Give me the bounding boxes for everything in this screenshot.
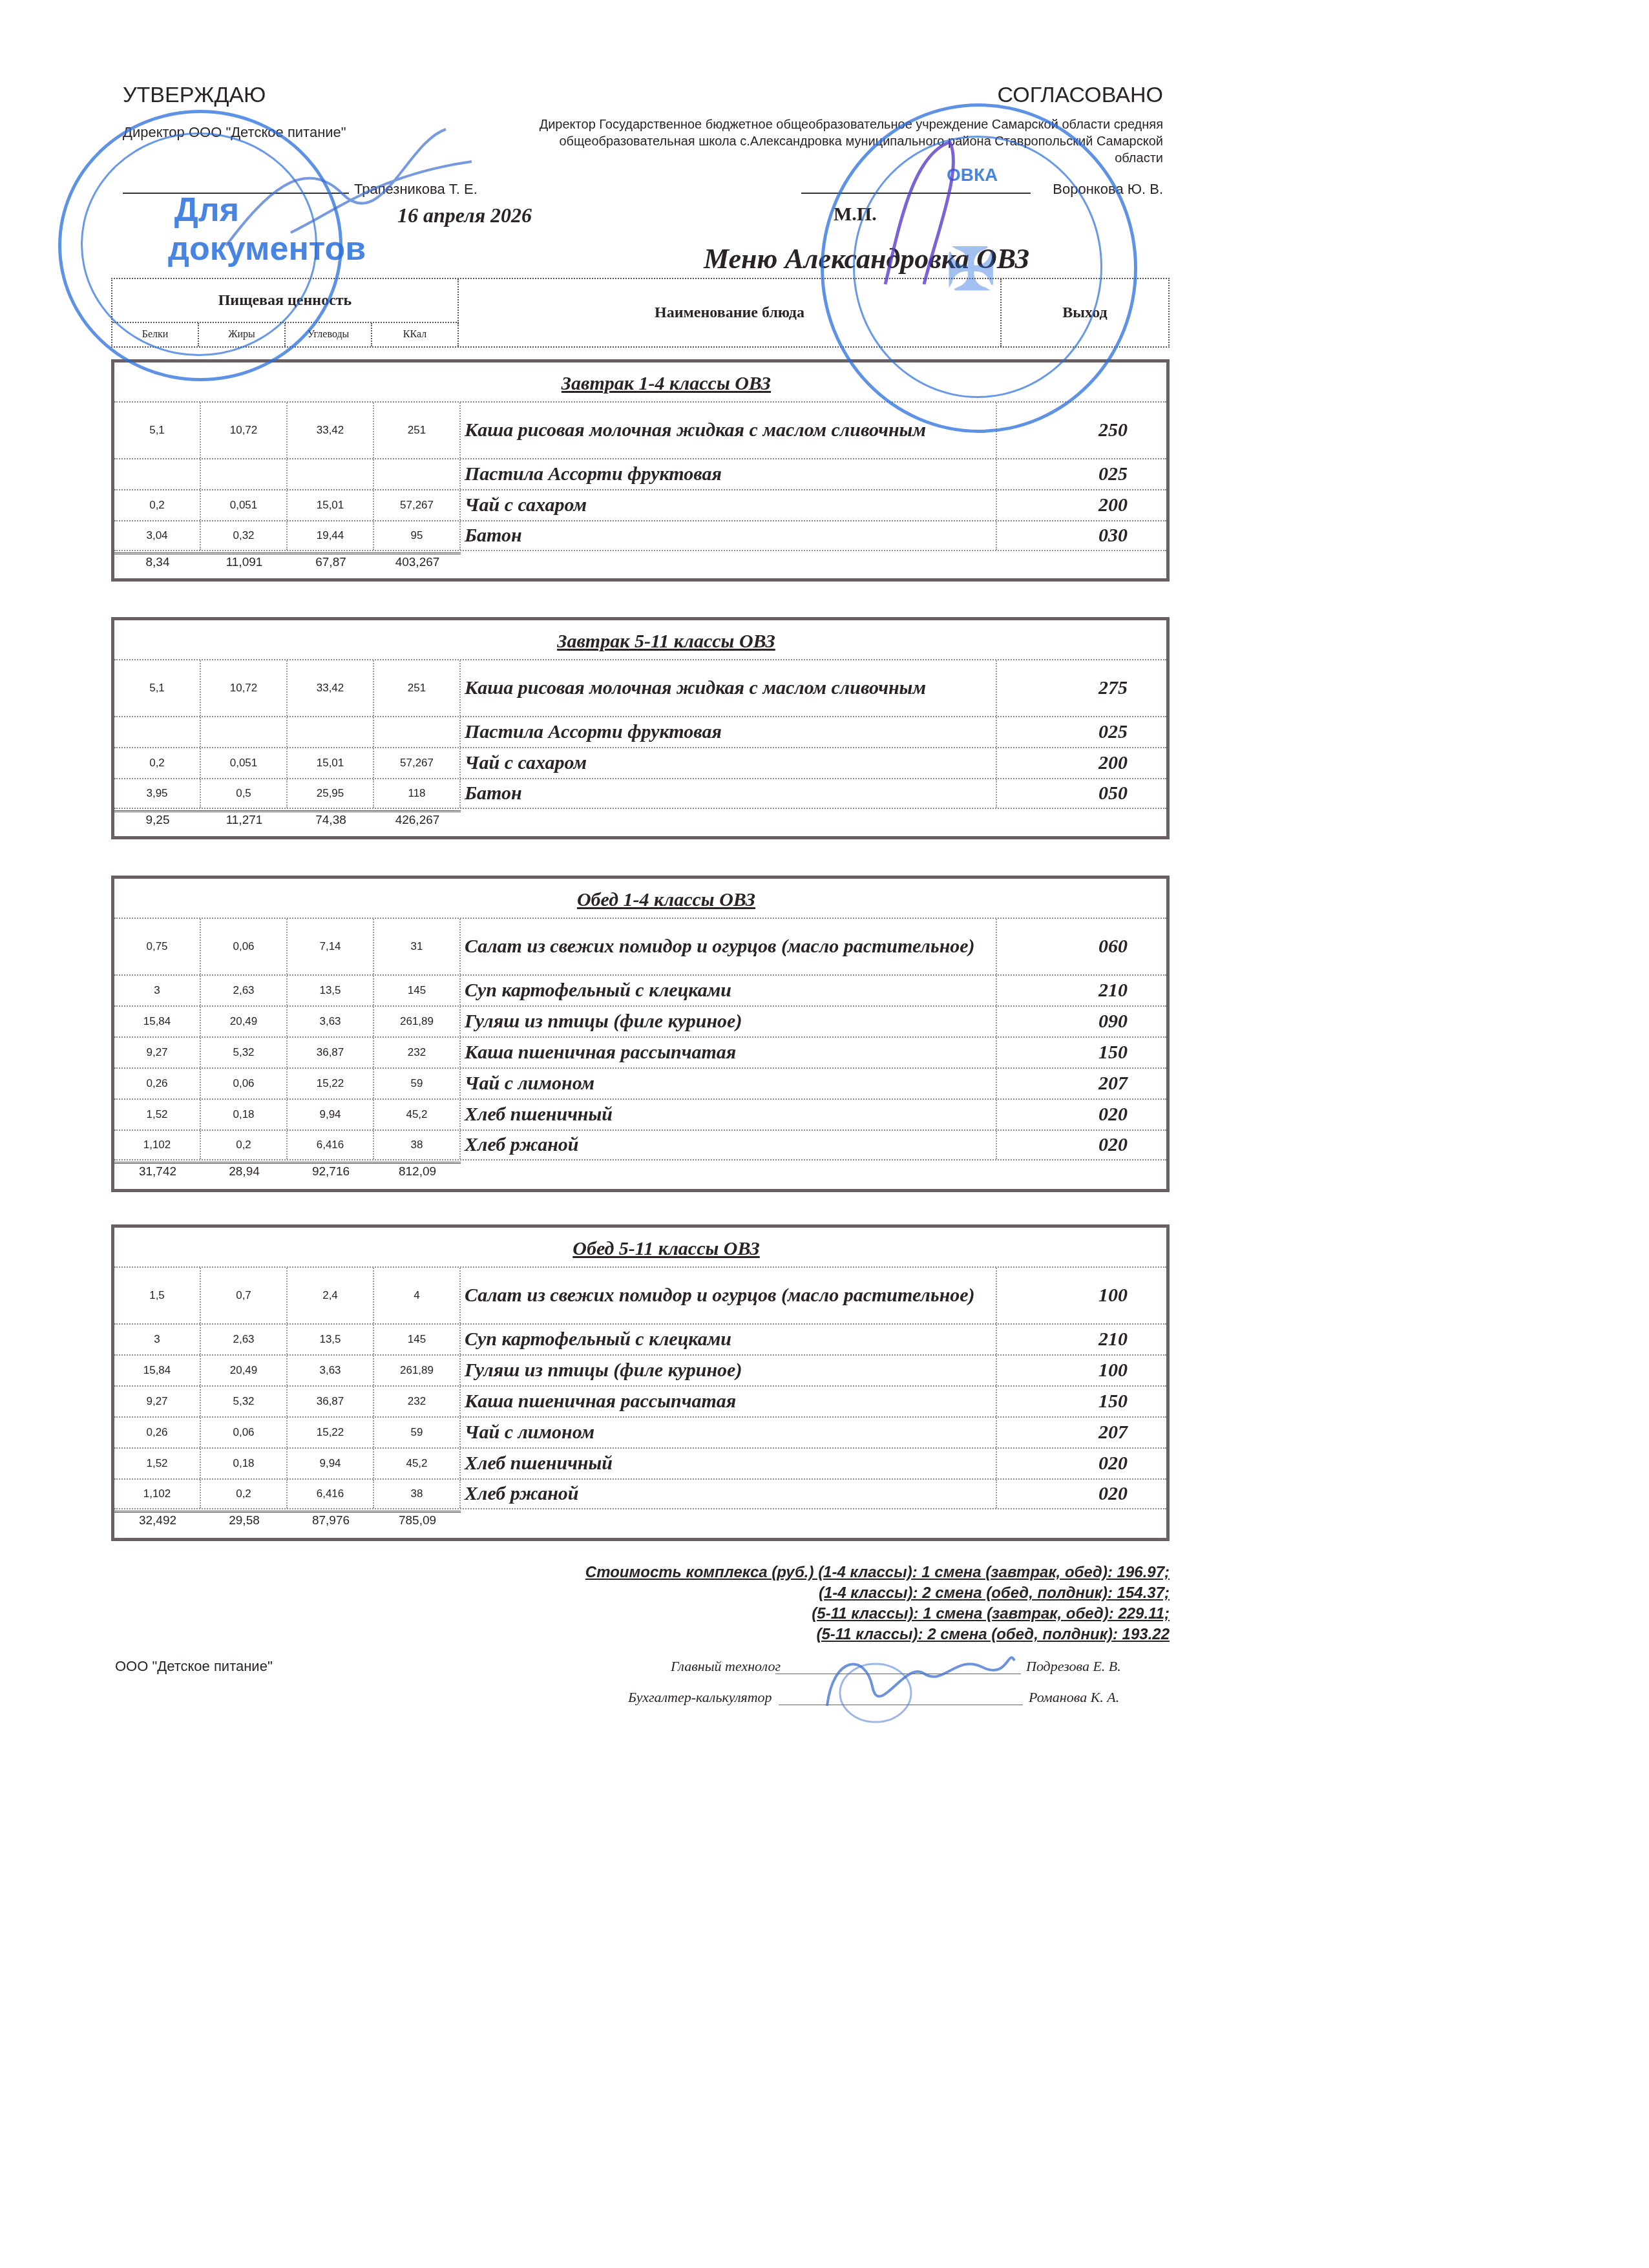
agree-position: Директор Государственное бюджетное общео…	[517, 116, 1163, 167]
accountant-role: Бухгалтер-калькулятор	[628, 1689, 772, 1706]
protein-cell: 1,5	[114, 1268, 201, 1323]
dish-name-cell: Салат из свежих помидор и огурцов (масло…	[461, 1268, 997, 1323]
fat-cell: 20,49	[201, 1356, 288, 1385]
technologist-name: Подрезова Е. В.	[1026, 1658, 1121, 1675]
kcal-cell	[374, 717, 461, 747]
table-row: 1,1020,26,41638Хлеб ржаной020	[114, 1129, 1166, 1160]
kcal-cell: 145	[374, 976, 461, 1005]
protein-cell: 1,52	[114, 1449, 201, 1478]
totals-row: 8,3411,09167,87403,267	[114, 552, 461, 570]
dish-name-cell: Салат из свежих помидор и огурцов (масло…	[461, 919, 997, 974]
yield-cell: 150	[997, 1387, 1166, 1416]
protein-cell: 1,52	[114, 1100, 201, 1129]
kcal-cell: 38	[374, 1480, 461, 1508]
total-protein: 8,34	[114, 554, 201, 570]
agree-heading: СОГЛАСОВАНО	[998, 83, 1163, 108]
protein-cell: 5,1	[114, 660, 201, 716]
dish-name-cell: Пастила Ассорти фруктовая	[461, 459, 997, 489]
carbs-cell: 9,94	[288, 1100, 374, 1129]
table-row: 0,20,05115,0157,267Чай с сахаром200	[114, 747, 1166, 778]
dish-name-header: Наименование блюда	[459, 279, 1002, 346]
fat-cell: 20,49	[201, 1007, 288, 1036]
dish-name-cell: Гуляш из птицы (филе куриное)	[461, 1007, 997, 1036]
carbs-cell: 2,4	[288, 1268, 374, 1323]
table-row: 1,1020,26,41638Хлеб ржаной020	[114, 1478, 1166, 1509]
dish-name-cell: Каша рисовая молочная жидкая с маслом сл…	[461, 660, 997, 716]
fat-cell: 5,32	[201, 1387, 288, 1416]
table-row: 15,8420,493,63261,89Гуляш из птицы (филе…	[114, 1005, 1166, 1036]
carbs-cell: 15,01	[288, 748, 374, 778]
total-carbs: 74,38	[288, 812, 374, 828]
table-row: Пастила Ассорти фруктовая025	[114, 458, 1166, 489]
yield-cell: 150	[997, 1038, 1166, 1067]
page-title: Меню Александровка ОВЗ	[0, 242, 1649, 275]
kcal-cell: 57,267	[374, 490, 461, 520]
fat-cell	[201, 717, 288, 747]
table-row: 9,275,3236,87232Каша пшеничная рассыпчат…	[114, 1385, 1166, 1416]
total-fat: 11,271	[201, 812, 288, 828]
approve-heading: УТВЕРЖДАЮ	[123, 83, 266, 108]
protein-cell: 9,27	[114, 1038, 201, 1067]
dish-name-cell: Хлеб пшеничный	[461, 1449, 997, 1478]
total-protein: 32,492	[114, 1513, 201, 1528]
carbs-cell: 7,14	[288, 919, 374, 974]
dish-name-cell: Чай с сахаром	[461, 748, 997, 778]
protein-cell: 0,2	[114, 748, 201, 778]
protein-cell: 1,102	[114, 1131, 201, 1159]
approve-signature-line	[123, 193, 349, 194]
fat-cell: 2,63	[201, 1325, 288, 1354]
dish-name-cell: Хлеб ржаной	[461, 1480, 997, 1508]
yield-cell: 210	[997, 1325, 1166, 1354]
menu-section: Обед 5-11 классы ОВЗ1,50,72,44Салат из с…	[111, 1224, 1170, 1541]
fat-cell: 0,2	[201, 1480, 288, 1508]
section-title: Обед 5-11 классы ОВЗ	[114, 1238, 1166, 1260]
protein-cell: 3,95	[114, 779, 201, 808]
agree-name: Воронкова Ю. В.	[1053, 181, 1163, 198]
carbs-cell: 33,42	[288, 660, 374, 716]
dish-name-cell: Хлеб пшеничный	[461, 1100, 997, 1129]
table-row: 32,6313,5145Суп картофельный с клецками2…	[114, 1323, 1166, 1354]
section-title: Обед 1-4 классы ОВЗ	[114, 889, 1166, 911]
protein-cell: 0,75	[114, 919, 201, 974]
protein-cell: 0,26	[114, 1418, 201, 1447]
total-carbs: 87,976	[288, 1513, 374, 1528]
fat-cell: 10,72	[201, 403, 288, 458]
dish-name-cell: Батон	[461, 521, 997, 550]
nutrition-header: Пищевая ценность	[112, 279, 459, 323]
carbs-header: Углеводы	[286, 323, 372, 346]
kcal-cell: 57,267	[374, 748, 461, 778]
technologist-signature-icon	[814, 1641, 1021, 1725]
total-kcal: 426,267	[374, 812, 461, 828]
kcal-cell: 145	[374, 1325, 461, 1354]
cost-summary: Стоимость комплекса (руб.) (1-4 классы):…	[585, 1562, 1170, 1645]
cost-line: (5-11 классы): 2 смена (обед, полдник): …	[585, 1624, 1170, 1645]
table-row: 15,8420,493,63261,89Гуляш из птицы (филе…	[114, 1354, 1166, 1385]
carbs-cell: 9,94	[288, 1449, 374, 1478]
protein-cell: 0,26	[114, 1069, 201, 1098]
yield-cell: 275	[997, 660, 1166, 716]
table-row: 0,260,0615,2259Чай с лимоном207	[114, 1416, 1166, 1447]
carbs-cell	[288, 459, 374, 489]
technologist-signature-line	[775, 1674, 1021, 1674]
kcal-cell: 232	[374, 1387, 461, 1416]
yield-cell: 020	[997, 1131, 1166, 1159]
kcal-cell: 59	[374, 1069, 461, 1098]
protein-cell	[114, 459, 201, 489]
table-row: 5,110,7233,42251Каша рисовая молочная жи…	[114, 401, 1166, 458]
kcal-cell: 251	[374, 403, 461, 458]
approve-name: Трапезникова Т. Е.	[354, 181, 478, 198]
protein-cell: 9,27	[114, 1387, 201, 1416]
dish-name-cell: Каша рисовая молочная жидкая с маслом сл…	[461, 403, 997, 458]
stamp-text: ОВКА	[947, 165, 998, 185]
yield-cell: 050	[997, 779, 1166, 808]
section-title: Завтрак 5-11 классы ОВЗ	[114, 631, 1166, 653]
protein-cell: 15,84	[114, 1007, 201, 1036]
carbs-cell: 36,87	[288, 1387, 374, 1416]
table-row: 1,520,189,9445,2Хлеб пшеничный020	[114, 1098, 1166, 1129]
fat-cell: 0,18	[201, 1449, 288, 1478]
yield-cell: 025	[997, 717, 1166, 747]
dish-name-cell: Гуляш из птицы (филе куриное)	[461, 1356, 997, 1385]
fat-cell: 0,2	[201, 1131, 288, 1159]
stamp-place-label: М.П.	[834, 204, 877, 226]
carbs-cell: 36,87	[288, 1038, 374, 1067]
totals-row: 9,2511,27174,38426,267	[114, 810, 461, 828]
fat-cell: 0,06	[201, 919, 288, 974]
menu-section: Обед 1-4 классы ОВЗ0,750,067,1431Салат и…	[111, 876, 1170, 1192]
yield-cell: 207	[997, 1069, 1166, 1098]
yield-header: Выход	[1002, 279, 1168, 346]
totals-row: 32,49229,5887,976785,09	[114, 1511, 461, 1528]
fat-header: Жиры	[199, 323, 286, 346]
protein-header: Белки	[112, 323, 199, 346]
dish-name-cell: Хлеб ржаной	[461, 1131, 997, 1159]
table-row: 3,040,3219,4495Батон030	[114, 520, 1166, 551]
total-kcal: 812,09	[374, 1164, 461, 1179]
yield-cell: 020	[997, 1449, 1166, 1478]
total-kcal: 403,267	[374, 554, 461, 570]
carbs-cell: 19,44	[288, 521, 374, 550]
carbs-cell	[288, 717, 374, 747]
yield-cell: 200	[997, 748, 1166, 778]
total-carbs: 67,87	[288, 554, 374, 570]
total-protein: 31,742	[114, 1164, 201, 1179]
fat-cell: 0,5	[201, 779, 288, 808]
carbs-cell: 15,01	[288, 490, 374, 520]
fat-cell	[201, 459, 288, 489]
carbs-cell: 6,416	[288, 1131, 374, 1159]
kcal-cell: 251	[374, 660, 461, 716]
protein-cell: 3	[114, 1325, 201, 1354]
total-kcal: 785,09	[374, 1513, 461, 1528]
cost-line: Стоимость комплекса (руб.) (1-4 классы):…	[585, 1562, 1170, 1583]
dish-name-cell: Чай с лимоном	[461, 1418, 997, 1447]
total-protein: 9,25	[114, 812, 201, 828]
menu-section: Завтрак 5-11 классы ОВЗ5,110,7233,42251К…	[111, 617, 1170, 839]
table-row: 0,750,067,1431Салат из свежих помидор и …	[114, 918, 1166, 974]
total-carbs: 92,716	[288, 1164, 374, 1179]
dish-name-cell: Суп картофельный с клецками	[461, 976, 997, 1005]
protein-cell: 1,102	[114, 1480, 201, 1508]
table-row: 32,6313,5145Суп картофельный с клецками2…	[114, 974, 1166, 1005]
kcal-cell: 4	[374, 1268, 461, 1323]
cost-line: (5-11 классы): 1 смена (завтрак, обед): …	[585, 1604, 1170, 1624]
table-row: 5,110,7233,42251Каша рисовая молочная жи…	[114, 659, 1166, 716]
protein-cell	[114, 717, 201, 747]
technologist-role: Главный технолог	[671, 1658, 781, 1675]
total-fat: 29,58	[201, 1513, 288, 1528]
dish-name-cell: Пастила Ассорти фруктовая	[461, 717, 997, 747]
dish-name-cell: Каша пшеничная рассыпчатая	[461, 1387, 997, 1416]
yield-cell: 210	[997, 976, 1166, 1005]
protein-cell: 5,1	[114, 403, 201, 458]
table-row: 1,50,72,44Салат из свежих помидор и огур…	[114, 1266, 1166, 1323]
fat-cell: 5,32	[201, 1038, 288, 1067]
carbs-cell: 13,5	[288, 1325, 374, 1354]
fat-cell: 10,72	[201, 660, 288, 716]
yield-cell: 020	[997, 1480, 1166, 1508]
kcal-cell: 232	[374, 1038, 461, 1067]
table-row: 0,20,05115,0157,267Чай с сахаром200	[114, 489, 1166, 520]
kcal-cell: 261,89	[374, 1007, 461, 1036]
dish-name-cell: Чай с лимоном	[461, 1069, 997, 1098]
kcal-cell: 261,89	[374, 1356, 461, 1385]
protein-cell: 3,04	[114, 521, 201, 550]
yield-cell: 090	[997, 1007, 1166, 1036]
protein-cell: 15,84	[114, 1356, 201, 1385]
carbs-cell: 25,95	[288, 779, 374, 808]
table-row: Пастила Ассорти фруктовая025	[114, 716, 1166, 747]
dish-name-cell: Чай с сахаром	[461, 490, 997, 520]
fat-cell: 0,06	[201, 1418, 288, 1447]
carbs-cell: 13,5	[288, 976, 374, 1005]
document-date: 16 апреля 2026	[397, 204, 532, 227]
section-title: Завтрак 1-4 классы ОВЗ	[114, 373, 1166, 395]
total-fat: 11,091	[201, 554, 288, 570]
table-row: 3,950,525,95118Батон050	[114, 778, 1166, 809]
dish-name-cell: Батон	[461, 779, 997, 808]
dish-name-cell: Каша пшеничная рассыпчатая	[461, 1038, 997, 1067]
yield-cell: 250	[997, 403, 1166, 458]
kcal-cell	[374, 459, 461, 489]
agree-signature-line	[801, 193, 1031, 194]
column-header: Пищевая ценность Белки Жиры Углеводы ККа…	[111, 278, 1170, 348]
kcal-cell: 45,2	[374, 1100, 461, 1129]
carbs-cell: 3,63	[288, 1007, 374, 1036]
table-row: 9,275,3236,87232Каша пшеничная рассыпчат…	[114, 1036, 1166, 1067]
totals-row: 31,74228,9492,716812,09	[114, 1162, 461, 1179]
fat-cell: 0,06	[201, 1069, 288, 1098]
carbs-cell: 3,63	[288, 1356, 374, 1385]
yield-cell: 025	[997, 459, 1166, 489]
yield-cell: 200	[997, 490, 1166, 520]
approve-position: Директор ООО "Детское питание"	[123, 124, 346, 141]
protein-cell: 0,2	[114, 490, 201, 520]
yield-cell: 100	[997, 1356, 1166, 1385]
carbs-cell: 15,22	[288, 1069, 374, 1098]
fat-cell: 0,7	[201, 1268, 288, 1323]
table-row: 0,260,0615,2259Чай с лимоном207	[114, 1067, 1166, 1098]
kcal-cell: 31	[374, 919, 461, 974]
kcal-header: ККал	[372, 323, 459, 346]
kcal-cell: 95	[374, 521, 461, 550]
yield-cell: 030	[997, 521, 1166, 550]
fat-cell: 0,051	[201, 490, 288, 520]
table-row: 1,520,189,9445,2Хлеб пшеничный020	[114, 1447, 1166, 1478]
fat-cell: 2,63	[201, 976, 288, 1005]
menu-section: Завтрак 1-4 классы ОВЗ5,110,7233,42251Ка…	[111, 359, 1170, 582]
fat-cell: 0,051	[201, 748, 288, 778]
kcal-cell: 59	[374, 1418, 461, 1447]
kcal-cell: 45,2	[374, 1449, 461, 1478]
dish-name-cell: Суп картофельный с клецками	[461, 1325, 997, 1354]
organization-name: ООО "Детское питание"	[115, 1658, 273, 1675]
fat-cell: 0,32	[201, 521, 288, 550]
accountant-name: Романова К. А.	[1029, 1689, 1119, 1706]
yield-cell: 100	[997, 1268, 1166, 1323]
carbs-cell: 15,22	[288, 1418, 374, 1447]
kcal-cell: 38	[374, 1131, 461, 1159]
kcal-cell: 118	[374, 779, 461, 808]
total-fat: 28,94	[201, 1164, 288, 1179]
protein-cell: 3	[114, 976, 201, 1005]
yield-cell: 060	[997, 919, 1166, 974]
fat-cell: 0,18	[201, 1100, 288, 1129]
accountant-signature-line	[779, 1705, 1023, 1705]
cost-line: (1-4 классы): 2 смена (обед, полдник): 1…	[585, 1583, 1170, 1604]
yield-cell: 207	[997, 1418, 1166, 1447]
carbs-cell: 6,416	[288, 1480, 374, 1508]
carbs-cell: 33,42	[288, 403, 374, 458]
yield-cell: 020	[997, 1100, 1166, 1129]
